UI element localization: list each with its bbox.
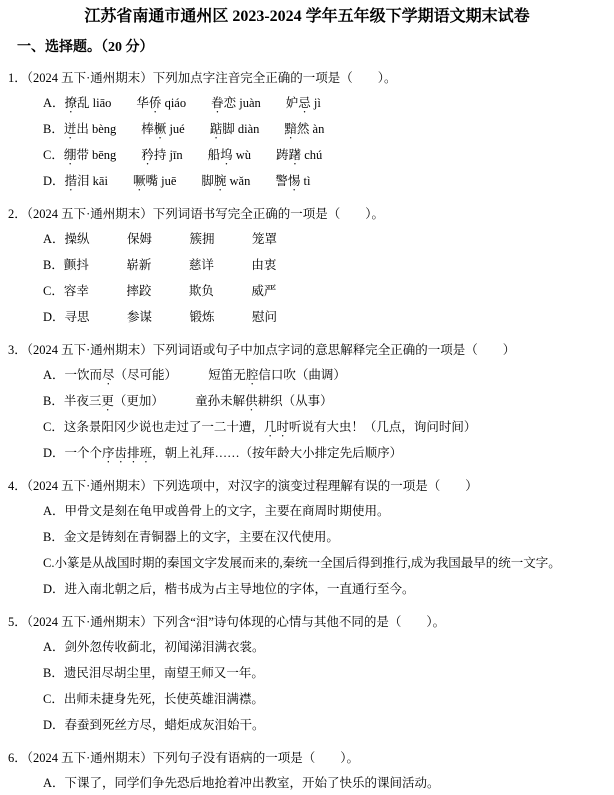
question-5-option-d: D．春蚕到死丝方尽，蜡炬成灰泪始干。 [43, 712, 606, 738]
question-2-option-d: D．寻思 参谋 锻炼 慰问 [43, 304, 606, 330]
question-3-option-c: C．这条景阳冈少说也走过了一二十遭，几时听说有大虫！（几点，询问时间） [43, 414, 606, 440]
question-1-stem: 1．（2024 五下·通州期末）下列加点字注音完全正确的一项是（ ）。 [8, 66, 606, 90]
question-1-option-a: A．撩乱 liāo 华侨 qiáo 眷恋 juàn 妒忌 jì [43, 90, 606, 116]
section-heading: 一、选择题。（20 分） [17, 38, 606, 58]
question-4-option-b: B．金文是铸刻在青铜器上的文字，主要在汉代使用。 [43, 524, 606, 550]
question-4-stem: 4．（2024 五下·通州期末）下列选项中，对汉字的演变过程理解有误的一项是（ … [8, 474, 606, 498]
question-1: 1．（2024 五下·通州期末）下列加点字注音完全正确的一项是（ ）。 A．撩乱… [8, 66, 606, 194]
page-title: 江苏省南通市通州区 2023-2024 学年五年级下学期语文期末试卷 [8, 6, 606, 28]
question-5-option-a: A．剑外忽传收蓟北，初闻涕泪满衣裳。 [43, 634, 606, 660]
question-6: 6．（2024 五下·通州期末）下列句子没有语病的一项是（ ）。 A．下课了，同… [8, 746, 606, 795]
question-4-option-a: A．甲骨文是刻在龟甲或兽骨上的文字，主要在商周时期使用。 [43, 498, 606, 524]
question-5: 5．（2024 五下·通州期末）下列含“泪”诗句体现的心情与其他不同的是（ ）。… [8, 610, 606, 738]
question-2-option-b: B．颤抖 崭新 慈详 由衷 [43, 252, 606, 278]
question-3-stem: 3．（2024 五下·通州期末）下列词语或句子中加点字词的意思解释完全正确的一项… [8, 338, 606, 362]
question-1-option-d: D．揩泪 kāi 噘嘴 juē 脚腕 wǎn 警惕 tì [43, 168, 606, 194]
question-5-stem: 5．（2024 五下·通州期末）下列含“泪”诗句体现的心情与其他不同的是（ ）。 [8, 610, 606, 634]
question-2: 2．（2024 五下·通州期末）下列词语书写完全正确的一项是（ ）。 A．操纵 … [8, 202, 606, 330]
question-6-option-a: A．下课了，同学们争先恐后地抢着冲出教室，开始了快乐的课间活动。 [43, 770, 606, 795]
question-4: 4．（2024 五下·通州期末）下列选项中，对汉字的演变过程理解有误的一项是（ … [8, 474, 606, 602]
question-3-option-d: D．一个个序齿排班，朝上礼拜……（按年龄大小排定先后顺序） [43, 440, 606, 466]
question-4-option-d: D．进入南北朝之后，楷书成为占主导地位的字体，一直通行至今。 [43, 576, 606, 602]
question-6-stem: 6．（2024 五下·通州期末）下列句子没有语病的一项是（ ）。 [8, 746, 606, 770]
question-4-option-c: C.小篆是从战国时期的秦国文字发展而来的,秦统一全国后得到推行,成为我国最早的统… [43, 550, 606, 576]
question-2-option-c: C．容幸 摔跤 欺负 威严 [43, 278, 606, 304]
question-5-option-b: B．遗民泪尽胡尘里，南望王师又一年。 [43, 660, 606, 686]
question-1-option-b: B．迸出 bèng 棒橛 jué 踮脚 diàn 黯然 àn [43, 116, 606, 142]
question-5-option-c: C．出师未捷身先死，长使英雄泪满襟。 [43, 686, 606, 712]
question-2-option-a: A．操纵 保姆 簇拥 笼罩 [43, 226, 606, 252]
question-3-option-b: B．半夜三更（更加） 童孙未解供耕织（从事） [43, 388, 606, 414]
exam-page: 江苏省南通市通州区 2023-2024 学年五年级下学期语文期末试卷 一、选择题… [0, 0, 614, 795]
question-2-stem: 2．（2024 五下·通州期末）下列词语书写完全正确的一项是（ ）。 [8, 202, 606, 226]
question-1-option-c: C．绷带 bēng 矜持 jīn 船坞 wù 踌躇 chú [43, 142, 606, 168]
question-3: 3．（2024 五下·通州期末）下列词语或句子中加点字词的意思解释完全正确的一项… [8, 338, 606, 466]
question-3-option-a: A．一饮而尽（尽可能） 短笛无腔信口吹（曲调） [43, 362, 606, 388]
